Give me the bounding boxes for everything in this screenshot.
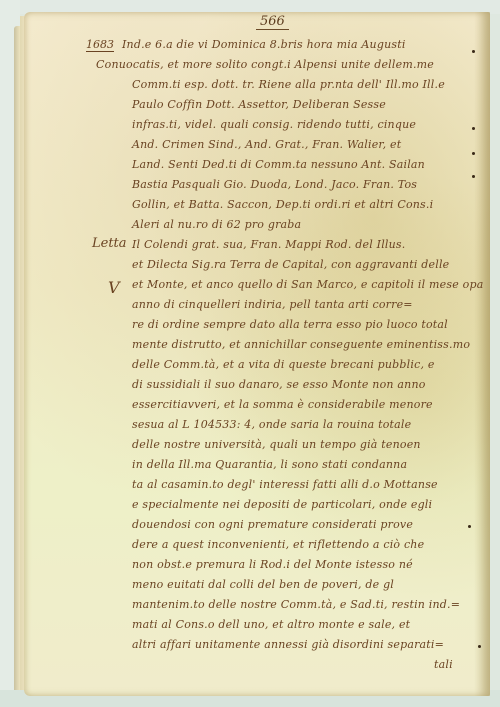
manuscript-line: dere a quest inconvenienti, et rifletten…	[132, 538, 424, 551]
manuscript-line: Il Colendi grat. sua, Fran. Mappi Rod. d…	[132, 238, 405, 251]
binding-hole-icon	[472, 127, 475, 130]
manuscript-line: Aleri al nu.ro di 62 pro graba	[132, 218, 301, 231]
manuscript-line: re di ordine sempre dato alla terra esso…	[132, 318, 448, 331]
manuscript-line: essercitiavveri, et la somma è considera…	[132, 398, 433, 411]
manuscript-line: di sussidiali il suo danaro, se esso Mon…	[132, 378, 426, 391]
manuscript-line: tali	[434, 658, 453, 671]
manuscript-line: Ind.e 6.a die vi Dominica 8.bris hora mi…	[122, 38, 406, 51]
manuscript-page: 566 1683 Letta V Ind.e 6.a die vi Domini…	[24, 12, 490, 696]
manuscript-line: Conuocatis, et more solito congt.i Alpen…	[96, 58, 434, 71]
manuscript-line: Bastia Pasquali Gio. Duoda, Lond. Jaco. …	[132, 178, 417, 191]
manuscript-line: douendosi con ogni premature considerati…	[132, 518, 413, 531]
manuscript-line: ta al casamin.to degl' interessi fatti a…	[132, 478, 438, 491]
manuscript-line: Comm.ti esp. dott. tr. Riene alla pr.nta…	[132, 78, 445, 91]
binding-hole-icon	[478, 645, 481, 648]
manuscript-line: And. Crimen Sind., And. Grat., Fran. Wal…	[132, 138, 401, 151]
manuscript-line: non obst.e premura li Rod.i del Monte is…	[132, 558, 413, 571]
binding-hole-icon	[472, 50, 475, 53]
manuscript-line: meno euitati dal colli del ben de poveri…	[132, 578, 394, 591]
manuscript-line: mantenim.to delle nostre Comm.tà, e Sad.…	[132, 598, 460, 611]
binding-hole-icon	[468, 525, 471, 528]
manuscript-line: anno di cinquelleri indiria, pell tanta …	[132, 298, 413, 311]
manuscript-line: Land. Senti Ded.ti di Comm.ta nessuno An…	[132, 158, 425, 171]
folio-number: 566	[256, 14, 289, 30]
manuscript-line: et Dilecta Sig.ra Terra de Capital, con …	[132, 258, 449, 271]
manuscript-line: Paulo Coffin Dott. Assettor, Deliberan S…	[132, 98, 386, 111]
binding-gutter	[474, 12, 490, 696]
manuscript-line: in della Ill.ma Quarantia, li sono stati…	[132, 458, 407, 471]
margin-note-v: V	[108, 278, 120, 297]
margin-note-letta: Letta	[92, 236, 127, 251]
binding-hole-icon	[472, 152, 475, 155]
manuscript-line: Gollin, et Batta. Saccon, Dep.ti ordi.ri…	[132, 198, 433, 211]
manuscript-line: infras.ti, videl. quali consig. ridendo …	[132, 118, 416, 131]
manuscript-line: delle nostre università, quali un tempo …	[132, 438, 421, 451]
manuscript-line: sesua al L 104533: 4, onde saria la roui…	[132, 418, 411, 431]
manuscript-line: mati al Cons.o dell uno, et altro monte …	[132, 618, 410, 631]
year-marker: 1683	[86, 38, 114, 52]
manuscript-line: delle Comm.tà, et a vita di queste breca…	[132, 358, 435, 371]
binding-hole-icon	[472, 175, 475, 178]
manuscript-line: e specialmente nei depositi de particola…	[132, 498, 432, 511]
manuscript-line: mente distrutto, et annichillar consegue…	[132, 338, 470, 351]
manuscript-line: altri affari unitamente annessi già diso…	[132, 638, 444, 651]
manuscript-line: et Monte, et anco quello di San Marco, e…	[132, 278, 483, 291]
